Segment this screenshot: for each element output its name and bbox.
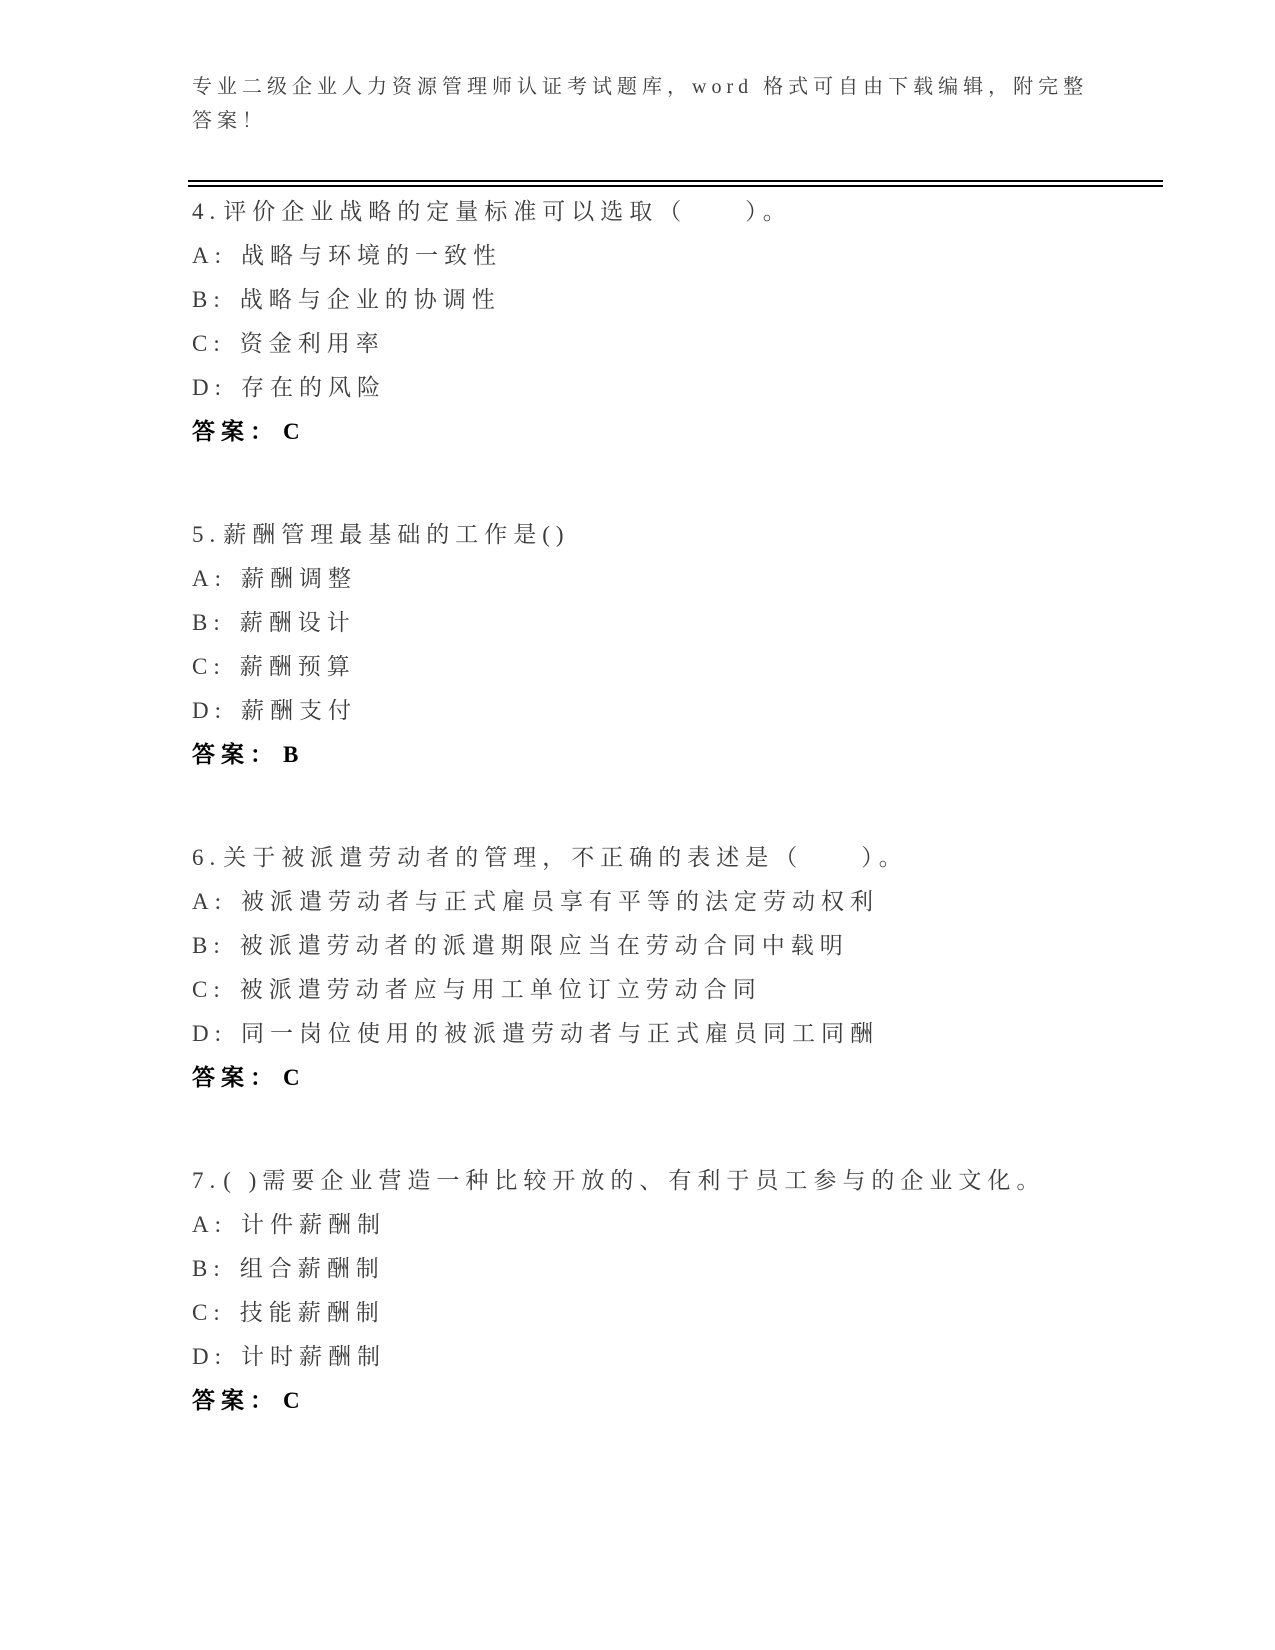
option-label: D: [192,375,227,400]
answer-label: 答案： [192,419,279,444]
question-line: 6.关于被派遣劳动者的管理，不正确的表述是（ ）。 [192,836,1175,880]
option-line: A:薪酬调整 [192,557,1175,601]
option-line: B:战略与企业的协调性 [192,278,1175,322]
option-label: C: [192,977,226,1002]
question-text: 薪酬管理最基础的工作是() [223,522,569,547]
option-label: A: [192,889,227,914]
option-text: 同一岗位使用的被派遣劳动者与正式雇员同工同酬 [241,1021,879,1046]
question-block: 6.关于被派遣劳动者的管理，不正确的表述是（ ）。 A:被派遣劳动者与正式雇员享… [192,836,1175,1100]
answer-value: C [283,1065,306,1090]
question-block: 7.( )需要企业营造一种比较开放的、有利于员工参与的企业文化。 A:计件薪酬制… [192,1159,1175,1423]
answer-value: C [283,419,306,444]
option-line: A:计件薪酬制 [192,1203,1175,1247]
option-line: C:资金利用率 [192,322,1175,366]
option-label: D: [192,698,227,723]
option-text: 资金利用率 [240,331,385,356]
question-line: 5.薪酬管理最基础的工作是() [192,513,1175,557]
option-line: C:被派遣劳动者应与用工单位订立劳动合同 [192,968,1175,1012]
option-text: 薪酬支付 [241,698,357,723]
option-label: C: [192,1300,226,1325]
option-line: C:技能薪酬制 [192,1291,1175,1335]
option-line: B:被派遣劳动者的派遣期限应当在劳动合同中载明 [192,924,1175,968]
option-line: D:同一岗位使用的被派遣劳动者与正式雇员同工同酬 [192,1012,1175,1056]
option-line: D:计时薪酬制 [192,1335,1175,1379]
option-text: 被派遣劳动者与正式雇员享有平等的法定劳动权利 [241,889,879,914]
option-text: 技能薪酬制 [240,1300,385,1325]
question-block: 5.薪酬管理最基础的工作是() A:薪酬调整 B:薪酬设计 C:薪酬预算 D:薪… [192,513,1175,777]
option-label: A: [192,1212,227,1237]
option-text: 薪酬设计 [240,610,356,635]
question-number: 4. [192,199,221,224]
answer-line: 答案：B [192,733,1175,777]
option-line: C:薪酬预算 [192,645,1175,689]
option-line: D:薪酬支付 [192,689,1175,733]
question-block: 4.评价企业战略的定量标准可以选取（ ）。 A:战略与环境的一致性 B:战略与企… [192,190,1175,454]
option-line: A:战略与环境的一致性 [192,234,1175,278]
answer-line: 答案：C [192,1379,1175,1423]
option-label: D: [192,1021,227,1046]
question-text: 关于被派遣劳动者的管理，不正确的表述是（ ）。 [223,845,908,870]
option-line: B:薪酬设计 [192,601,1175,645]
answer-value: C [283,1388,306,1413]
option-label: D: [192,1344,227,1369]
option-label: B: [192,287,226,312]
question-text: 评价企业战略的定量标准可以选取（ ）。 [223,199,792,224]
option-label: B: [192,610,226,635]
option-label: C: [192,654,226,679]
option-text: 计时薪酬制 [241,1344,386,1369]
option-text: 薪酬预算 [240,654,356,679]
option-label: B: [192,1256,226,1281]
answer-value: B [283,742,304,767]
option-text: 战略与企业的协调性 [240,287,501,312]
answer-label: 答案： [192,1065,279,1090]
answer-line: 答案：C [192,410,1175,454]
option-line: D:存在的风险 [192,366,1175,410]
question-text: ( )需要企业营造一种比较开放的、有利于员工参与的企业文化。 [223,1168,1045,1193]
option-text: 存在的风险 [241,375,386,400]
question-number: 7. [192,1168,221,1193]
answer-label: 答案： [192,1388,279,1413]
question-list: 4.评价企业战略的定量标准可以选取（ ）。 A:战略与环境的一致性 B:战略与企… [192,190,1175,1423]
document-page: 专业二级企业人力资源管理师认证考试题库，word 格式可自由下载编辑，附完整答案… [0,0,1275,1650]
question-line: 7.( )需要企业营造一种比较开放的、有利于员工参与的企业文化。 [192,1159,1175,1203]
option-label: C: [192,331,226,356]
question-number: 6. [192,845,221,870]
option-text: 组合薪酬制 [240,1256,385,1281]
answer-label: 答案： [192,742,279,767]
option-text: 被派遣劳动者的派遣期限应当在劳动合同中载明 [240,933,849,958]
option-text: 薪酬调整 [241,566,357,591]
header-divider [188,180,1163,187]
question-line: 4.评价企业战略的定量标准可以选取（ ）。 [192,190,1175,234]
option-label: B: [192,933,226,958]
document-header-text: 专业二级企业人力资源管理师认证考试题库，word 格式可自由下载编辑，附完整答案… [192,70,1102,138]
option-label: A: [192,566,227,591]
option-line: A:被派遣劳动者与正式雇员享有平等的法定劳动权利 [192,880,1175,924]
option-line: B:组合薪酬制 [192,1247,1175,1291]
option-text: 计件薪酬制 [241,1212,386,1237]
question-number: 5. [192,522,221,547]
option-text: 被派遣劳动者应与用工单位订立劳动合同 [240,977,762,1002]
option-label: A: [192,243,227,268]
answer-line: 答案：C [192,1056,1175,1100]
option-text: 战略与环境的一致性 [241,243,502,268]
